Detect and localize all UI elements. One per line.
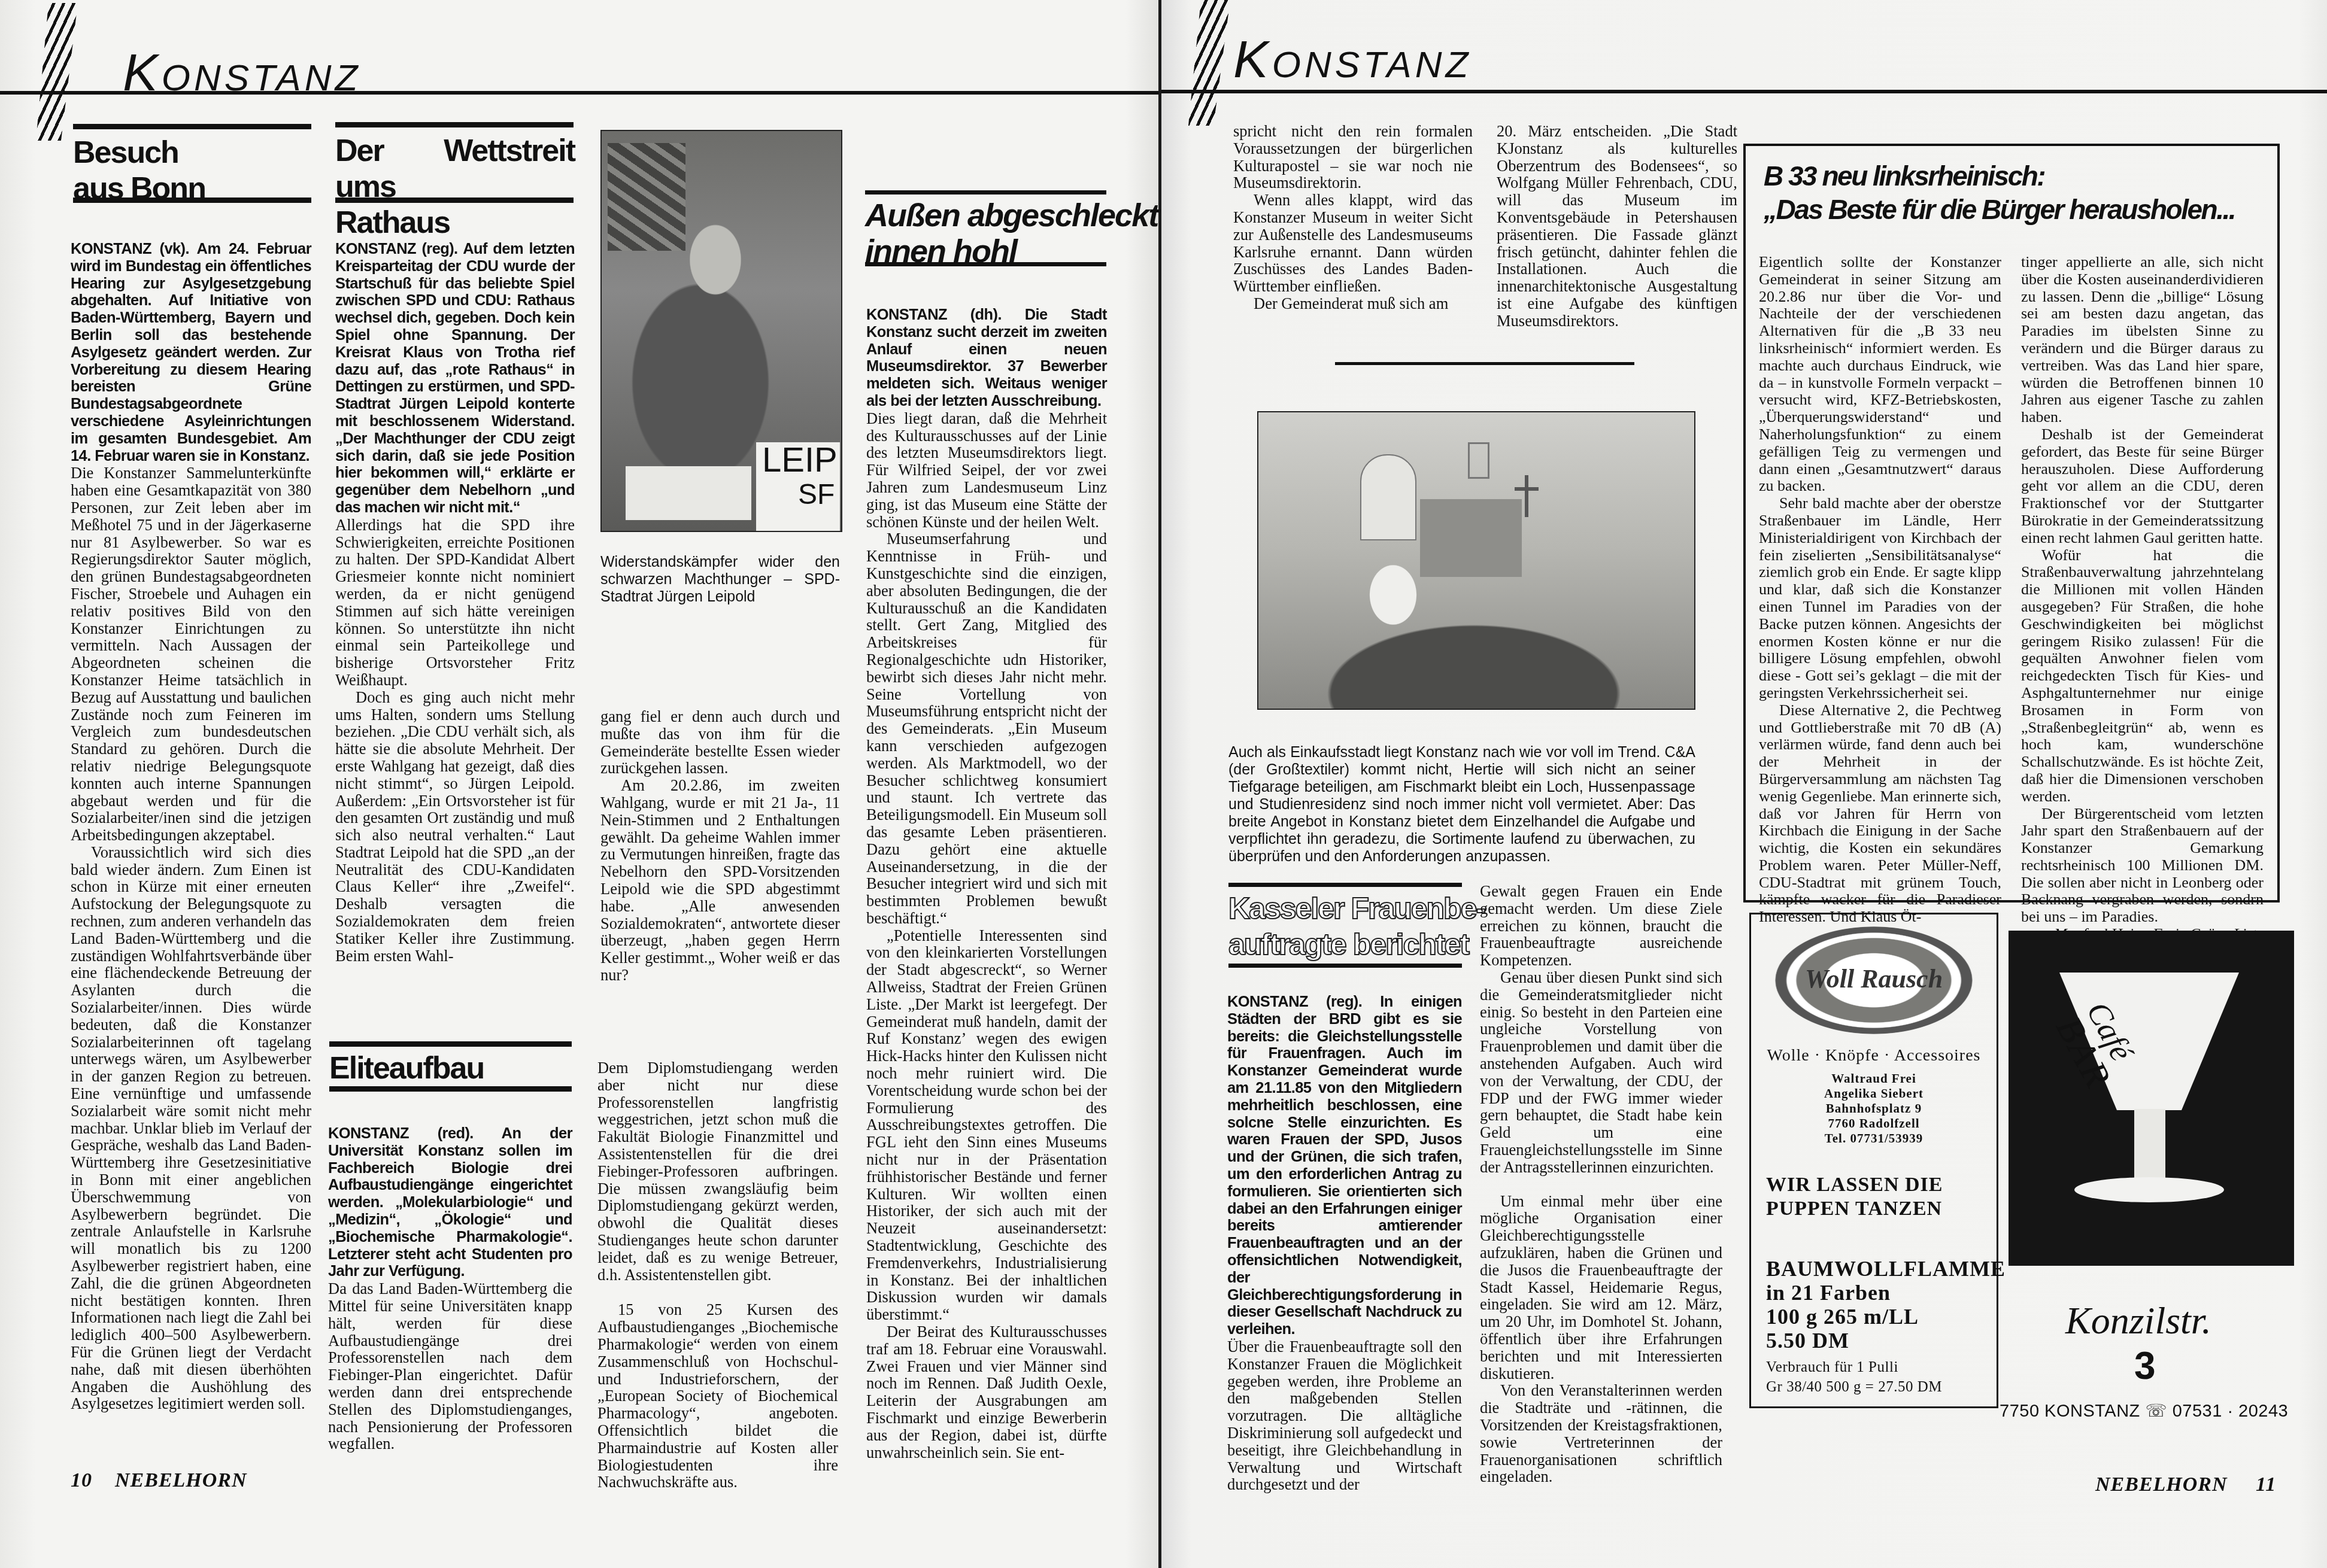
cross-bar xyxy=(1515,487,1539,491)
article-kassel-col2: Gewalt gegen Frauen ein Ende gemacht wer… xyxy=(1480,883,1722,1485)
ad-slogan: WIR LASSEN DIE PUPPEN TANZEN xyxy=(1766,1173,1943,1221)
left-page: KONSTANZ Besuch aus Bonn KONSTANZ (vk). … xyxy=(0,0,1158,1568)
arch-shape xyxy=(1360,454,1416,540)
header-rule xyxy=(0,91,1158,95)
painting-shape xyxy=(1420,499,1522,577)
article-museum-body: KONSTANZ (dh). Die Stadt Konstanz sucht … xyxy=(866,306,1107,1461)
cross-icon xyxy=(1525,475,1528,517)
headline-rule xyxy=(329,1086,572,1092)
headline-rule xyxy=(1228,964,1462,968)
headline-elite: Eliteaufbau xyxy=(329,1050,484,1086)
headline-b33: B 33 neu linksrheinisch: „Das Beste für … xyxy=(1764,159,2235,226)
headline-rule xyxy=(335,122,574,127)
article-b33-box: B 33 neu linksrheinisch: „Das Beste für … xyxy=(1743,144,2280,902)
article-kassel-col1: KONSTANZ (reg). In einigen Städten der B… xyxy=(1227,993,1462,1493)
headline-rule xyxy=(1228,883,1462,887)
museum-continued-col2: 20. März entscheiden. „Die Stadt KJonsta… xyxy=(1497,123,1737,330)
photo-leipold: LEIP SF xyxy=(600,130,842,532)
ad-cafe-number: 3 xyxy=(2134,1344,2156,1388)
headline-rule xyxy=(865,262,1106,266)
headline-rule xyxy=(335,197,574,203)
right-page: KONSTANZ spricht nicht den rein formalen… xyxy=(1161,0,2327,1568)
glass-foot xyxy=(2074,1177,2224,1202)
wolle-logo-icon: Woll Rausch xyxy=(1775,926,1973,1034)
article-b33-col1: Eigentlich sollte der Konstanzer Gemeind… xyxy=(1759,254,2001,926)
name-sign: LEIP SF xyxy=(756,442,840,532)
ad-cafe-city-phone: 7750 KONSTANZ ☏ 07531 · 20243 xyxy=(2000,1400,2288,1421)
headline-rule xyxy=(73,124,311,129)
photo-caption-leipold: Widerstandskämpfer wider den schwarzen M… xyxy=(600,554,840,606)
article-elite-col2: Dem Diplomstudiengang werden aber nicht … xyxy=(597,1059,838,1491)
headline-rule xyxy=(865,190,1106,195)
headline-museum: Außen abgeschleckt innen hohl xyxy=(865,197,1158,269)
page-footer-left: 10 NEBELHORN xyxy=(71,1469,247,1492)
headline-wettstreit: Der Wettstreit ums Rathaus xyxy=(335,133,575,241)
headline-kassel: Kasseler Frauenbe- auftragte berichtet xyxy=(1228,891,1485,962)
article-elite-col1: KONSTANZ (red). An der Universität Konst… xyxy=(328,1125,572,1452)
divider-rule xyxy=(1335,362,1634,365)
ad-usage: Verbrauch für 1 Pulli Gr 38/40 500 g = 2… xyxy=(1766,1357,1942,1397)
headline-rule xyxy=(329,1041,572,1047)
section-title: KONSTANZ xyxy=(1233,29,1472,90)
ad-cafe-bar: Café BAR xyxy=(2009,931,2294,1266)
papers-shape xyxy=(626,466,751,520)
article-b33-col2: tinger appellierte an alle, sich nicht ü… xyxy=(2021,254,2264,943)
plant-shape xyxy=(608,143,685,251)
headline-rule xyxy=(73,197,311,203)
photo-caption-shopping: Auch als Einkaufsstadt liegt Konstanz na… xyxy=(1228,744,1695,865)
page-footer-right: NEBELHORN 11 xyxy=(2095,1473,2276,1496)
article-wettstreit-body: KONSTANZ (reg). Auf dem letzten Kreispar… xyxy=(335,241,575,964)
photo-shopping xyxy=(1257,411,1695,710)
museum-continued-col1: spricht nicht den rein formalen Vorausse… xyxy=(1233,123,1473,312)
section-hatch-icon xyxy=(1188,0,1230,126)
article-besuch-body: KONSTANZ (vk). Am 24. Februar wird im Bu… xyxy=(71,241,311,1412)
ad-cafe-street: Konzilstr. xyxy=(2065,1299,2211,1343)
picture-frame xyxy=(1468,442,1489,479)
section-hatch-icon xyxy=(36,3,78,141)
article-wettstreit-continuation: gang fiel er denn auch durch und mußte d… xyxy=(600,708,840,984)
ad-address: Waltraud Frei Angelika Siebert Bahnhofsp… xyxy=(1757,1071,1991,1146)
ad-tagline: Wolle · Knöpfe · Accessoires xyxy=(1757,1046,1991,1065)
glass-stem xyxy=(2134,1109,2165,1181)
ad-wolle: Woll Rausch Wolle · Knöpfe · Accessoires… xyxy=(1749,913,1998,1408)
headline-besuch: Besuch aus Bonn xyxy=(73,135,205,206)
ad-product: BAUMWOLLFLAMME in 21 Farben 100 g 265 m/… xyxy=(1766,1257,2006,1353)
header-rule xyxy=(1161,90,2327,93)
